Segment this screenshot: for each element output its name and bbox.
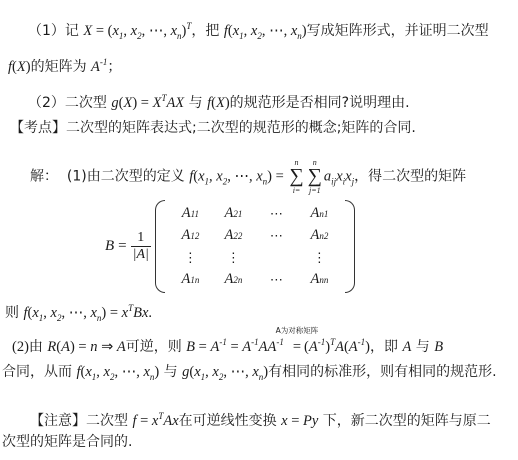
math-segment: AA <box>259 339 277 355</box>
math-segment: AX <box>166 95 184 111</box>
dots-glyph: ⋯ <box>270 228 283 244</box>
fraction-numerator: 1 <box>133 230 148 246</box>
annotated-equals: A为对称矩阵= <box>290 337 304 357</box>
matrix-cell: A11 <box>169 203 212 224</box>
matrix-entry-base: A <box>224 227 233 244</box>
matrix-entry-base: A <box>181 271 190 288</box>
text-segment: 合同，从而 <box>2 364 76 380</box>
math-segment: = ( <box>92 23 112 39</box>
matrix-entry-base: A <box>224 271 233 288</box>
math-segment: Py <box>303 413 318 429</box>
math-segment: ) = <box>132 95 152 111</box>
matrix-entry-base: A <box>224 205 233 222</box>
text-segment: ，即 <box>370 339 402 355</box>
sum-lower-limit: j=1 <box>309 186 321 195</box>
matrix-lhs: B <box>105 238 114 255</box>
text-segment: 与 <box>184 95 207 111</box>
math-segment: -1 <box>219 337 227 347</box>
matrix-cell: An1 <box>298 203 341 224</box>
matrix-entry-subscript: 22 <box>233 231 242 241</box>
math-segment: X <box>123 95 132 111</box>
math-segment: ) = <box>101 305 121 321</box>
math-segment: -1 <box>276 337 284 347</box>
matrix-entry-subscript: nn <box>319 275 328 285</box>
sigma-glyph: ∑ <box>308 167 322 186</box>
matrix-cell: A21 <box>212 203 255 224</box>
matrix-cell: A2n <box>212 269 255 290</box>
dots-glyph: ⋮ <box>313 250 326 266</box>
matrix-cell: ⋮ <box>212 247 255 268</box>
fraction-denominator: |A| <box>131 246 151 263</box>
math-segment: A <box>335 339 344 355</box>
matrix-entry-base: A <box>182 205 191 222</box>
math-segment: A <box>91 59 100 75</box>
text-segment: 写成矩阵形式，并证明二次型 <box>307 23 489 39</box>
solution-part2-line2: 合同，从而 f(x1, x2, ⋯, xn) 与 g(x1, x2, ⋯, xn… <box>2 362 497 387</box>
matrix-cell: Ann <box>298 269 341 290</box>
solution-conclusion-line: 则 f(x1, x2, ⋯, xn) = xTBx. <box>5 298 152 328</box>
matrix-equation: B = 1 |A| A11A21⋯An1A12A22⋯An2⋮⋮⋮A1nA2n⋯… <box>105 200 355 293</box>
problem-part1-line1: （1）记 X = (x1, x2, ⋯, xn)T，把 f(x1, x2, ⋯,… <box>28 16 489 46</box>
document-page: （1）记 X = (x1, x2, ⋯, xn)T，把 f(x1, x2, ⋯,… <box>0 0 518 460</box>
math-segment: = <box>136 413 151 429</box>
math-segment: , ⋯, <box>61 305 90 321</box>
matrix-cell: ⋮ <box>298 247 341 268</box>
math-segment: . <box>148 305 152 321</box>
note-line2: 次型的矩阵是合同的. <box>2 432 132 452</box>
solution-definition-line: 解： (1)由二次型的定义 f(x1, x2, ⋯, xn) = n∑i=n∑j… <box>30 158 466 195</box>
matrix-entry-subscript: 2n <box>233 275 242 285</box>
text-segment: 与 <box>411 339 434 355</box>
math-segment: X <box>17 59 26 75</box>
math-segment: ) = <box>70 339 90 355</box>
matrix-entry-base: A <box>310 271 319 288</box>
math-segment: = <box>227 339 242 355</box>
math-segment: X <box>83 23 92 39</box>
exam-points-line: 【考点】二次型的矩阵表达式;二次型的规范形的概念;矩阵的合同. <box>10 118 416 138</box>
math-segment: , <box>123 23 130 39</box>
text-segment: 则 <box>5 305 23 321</box>
math-segment: , ⋯, <box>262 23 291 39</box>
matrix-cell: ⋮ <box>169 247 212 268</box>
math-segment: g <box>111 95 118 111</box>
text-segment: 次型的矩阵是合同的. <box>2 434 132 450</box>
text-segment: 在可逆线性变换 <box>179 413 281 429</box>
fraction-one-over-detA: 1 |A| <box>131 230 151 263</box>
text-segment: 【注意】二次型 <box>30 413 132 429</box>
math-segment: A <box>242 339 251 355</box>
math-segment: ) = <box>267 169 287 185</box>
left-parenthesis <box>155 200 165 293</box>
matrix-cell: ⋯ <box>255 225 298 246</box>
math-segment: -1 <box>251 337 259 347</box>
math-segment: (2) <box>12 339 29 355</box>
matrix-cell: ⋯ <box>255 203 298 224</box>
solution-part2-line1: (2)由 R(A) = n ⇒ A可逆，则 B = A-1 = A-1AA-1A… <box>12 332 443 357</box>
math-segment: B <box>434 339 443 355</box>
math-segment: B <box>186 339 195 355</box>
math-segment: = <box>195 339 210 355</box>
math-segment: , ⋯, <box>223 364 252 380</box>
text-segment: 的规范形是否相同?说明理由. <box>230 95 410 111</box>
math-segment: A <box>117 339 126 355</box>
math-segment: A <box>210 339 219 355</box>
matrix-cell: A22 <box>212 225 255 246</box>
math-segment: X <box>216 95 225 111</box>
note-line1: 【注意】二次型 f = xTAx在可逆线性变换 x = Py 下，新二次型的矩阵… <box>30 406 491 431</box>
text-segment: 由 <box>29 339 47 355</box>
text-segment: 的矩阵为 <box>31 59 91 75</box>
matrix-entry-subscript: n2 <box>319 231 328 241</box>
math-segment: A <box>309 339 318 355</box>
right-parenthesis <box>345 200 355 293</box>
equals-sign: = <box>118 238 126 255</box>
problem-part1-line2: f(X)的矩阵为 A-1； <box>8 52 121 77</box>
matrix-cell: A1n <box>169 269 212 290</box>
matrix-entry-subscript: 1n <box>190 275 199 285</box>
math-segment: R <box>47 339 56 355</box>
text-segment: ； <box>107 59 121 75</box>
matrix-cell: A12 <box>169 225 212 246</box>
sum-lower-limit: i= <box>293 186 301 195</box>
text-segment: （2）二次型 <box>28 95 111 111</box>
math-segment: ⇒ <box>97 339 116 355</box>
math-segment: , <box>244 23 251 39</box>
matrix-entry-base: A <box>310 227 319 244</box>
text-segment: 有相同的标准形，则有相同的规范形. <box>268 364 496 380</box>
text-segment: 【考点】二次型的矩阵表达式;二次型的规范形的概念;矩阵的合同. <box>10 120 416 136</box>
matrix-entry-base: A <box>181 227 190 244</box>
text-segment: 与 <box>159 364 182 380</box>
dots-glyph: ⋯ <box>270 206 283 222</box>
text-segment: 可逆，则 <box>126 339 186 355</box>
text-segment: ，把 <box>191 23 223 39</box>
matrix-entry-base: A <box>310 205 319 222</box>
cofactor-matrix: A11A21⋯An1A12A22⋯An2⋮⋮⋮A1nA2n⋯Ann <box>165 200 345 293</box>
matrix-entry-subscript: 21 <box>233 209 242 219</box>
dots-glyph: ⋯ <box>270 272 283 288</box>
sigma-glyph: ∑ <box>289 167 303 186</box>
summation-symbol: n∑i= <box>289 158 303 195</box>
math-segment: , <box>96 364 103 380</box>
math-segment: , <box>43 305 50 321</box>
matrix-cell: An2 <box>298 225 341 246</box>
math-segment: , ⋯, <box>114 364 143 380</box>
summation-symbol: n∑j=1 <box>308 158 322 195</box>
text-segment: ，得二次型的矩阵 <box>354 169 466 185</box>
matrix-entry-subscript: 11 <box>191 209 199 219</box>
matrix-entry-subscript: 12 <box>190 231 199 241</box>
math-segment: Bx <box>133 305 148 321</box>
equals-annotation: A为对称矩阵 <box>276 327 319 335</box>
math-segment: A <box>402 339 411 355</box>
math-segment: A <box>61 339 70 355</box>
dots-glyph: ⋮ <box>227 250 240 266</box>
math-segment: , ⋯, <box>142 23 171 39</box>
math-segment: = <box>288 413 303 429</box>
text-segment: 解： (1)由二次型的定义 <box>30 169 189 185</box>
problem-part2-line: （2）二次型 g(X) = XTAX 与 f(X)的规范形是否相同?说明理由. <box>28 88 410 113</box>
math-segment: A <box>349 339 358 355</box>
text-segment: （1）记 <box>28 23 83 39</box>
text-segment: 下，新二次型的矩阵与原二 <box>318 413 490 429</box>
dots-glyph: ⋮ <box>184 250 197 266</box>
math-segment: Ax <box>163 413 178 429</box>
matrix-entry-subscript: n1 <box>319 209 328 219</box>
math-segment: , ⋯, <box>227 169 256 185</box>
matrix-cell <box>255 247 298 268</box>
equals-sign: = <box>293 339 301 355</box>
matrix-cell: ⋯ <box>255 269 298 290</box>
